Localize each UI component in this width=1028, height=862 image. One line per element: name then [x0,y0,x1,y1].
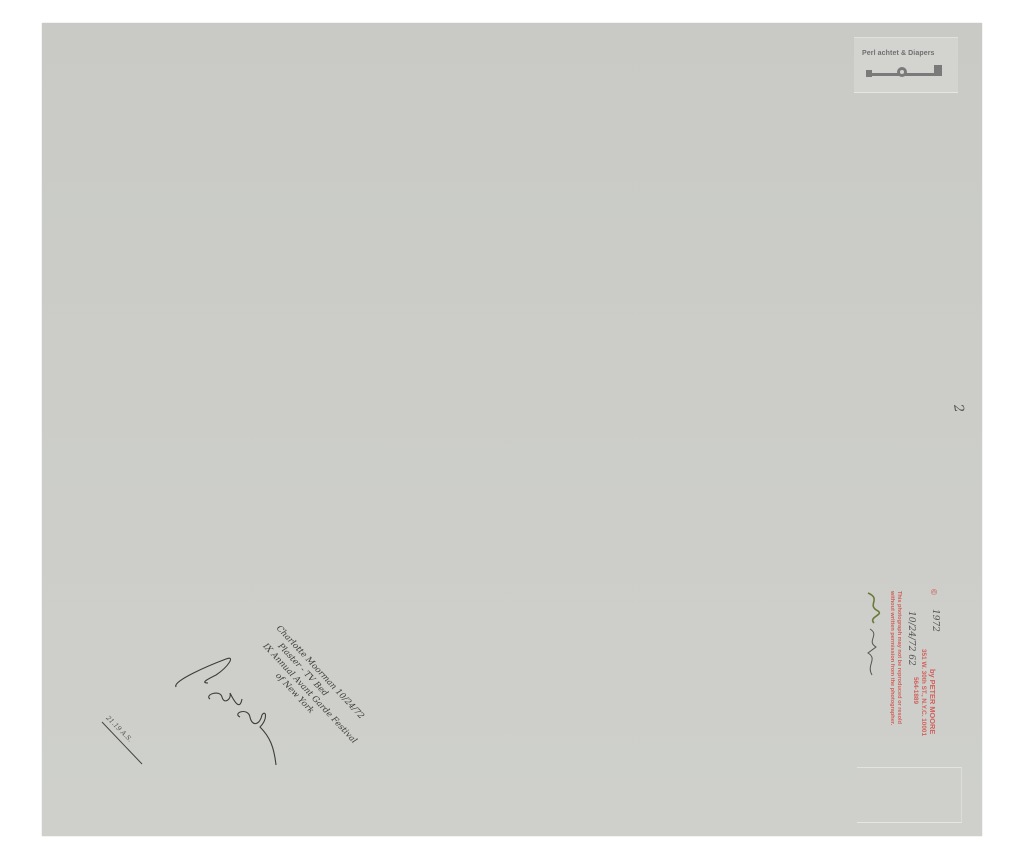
corner-note: 21.19 A.S. [90,706,160,776]
stamp-notice-1: This photograph may not be reproduced or… [896,591,902,724]
photographer-stamp: © 1972 by PETER MOORE 351 W. 30th ST., N… [858,589,938,761]
stamp-byline: by PETER MOORE [928,669,937,734]
photographer-signature-icon [860,589,886,679]
archive-label: Perl achtet & Diapers [854,37,958,93]
archive-label-bottom [857,767,962,823]
stamp-date: 10/24/72 62 [906,611,916,666]
copyright-symbol: © [929,589,938,595]
stamp-notice-2: without written permission from the phot… [889,591,895,725]
signature-icon: PMc [170,653,280,771]
archive-label-text: Perl achtet & Diapers [862,50,935,57]
photo-verso-paper: Perl achtet & Diapers 2 © 1972 by PETER … [42,23,982,836]
stamp-address: 351 W. 30th ST., N.Y.C. 10001 [920,649,927,736]
page-number-mark: 2 [950,403,966,414]
stamp-year: 1972 [930,609,940,632]
stamp-phone: 564-1889 [912,677,919,704]
caption-line-2: Plaster - TV Bed [266,631,410,785]
archive-logo-icon [864,64,946,78]
